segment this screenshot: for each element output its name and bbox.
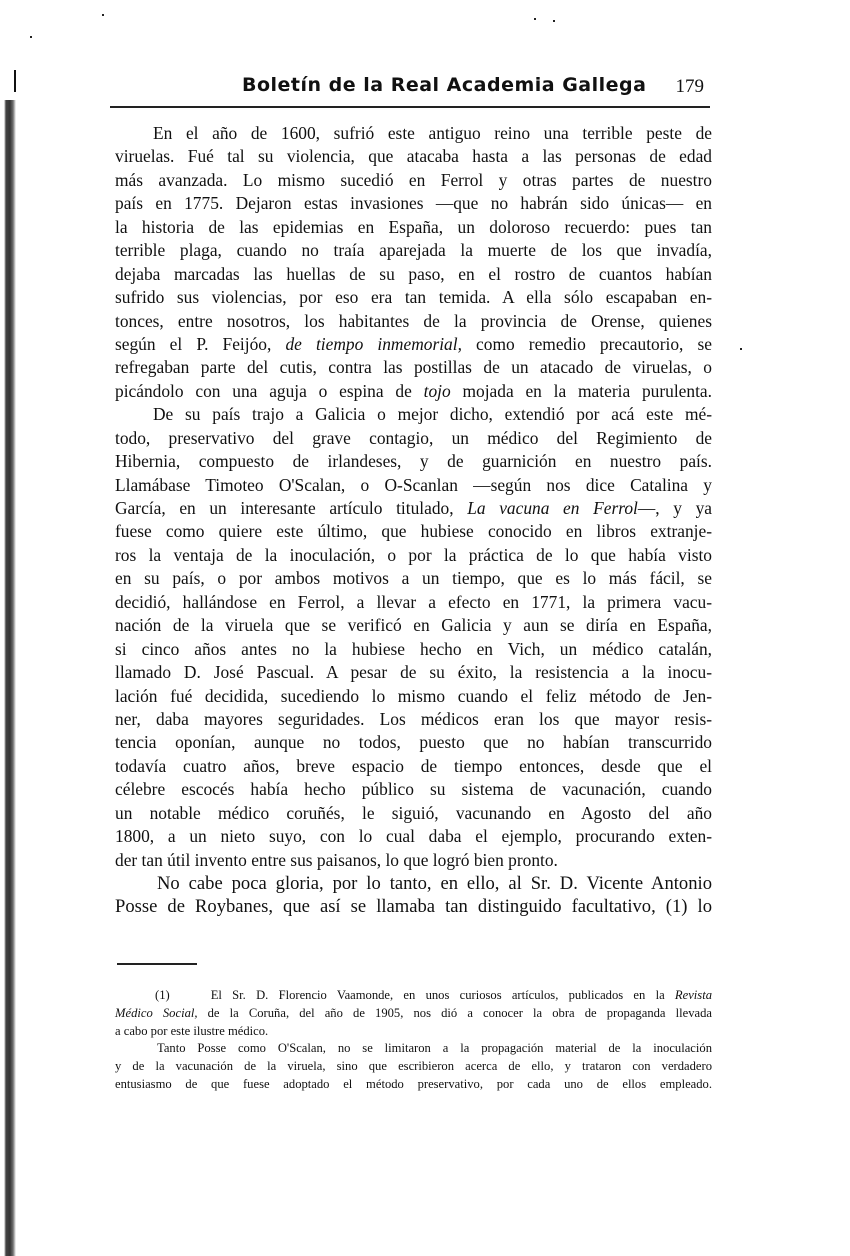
scan-speck [102, 14, 104, 16]
text-line: en su país, o por ambos motivos a un tie… [115, 567, 712, 590]
text-line: más avanzada. Lo mismo sucedió en Ferrol… [115, 169, 712, 192]
text-line: célebre escocés había hecho público su s… [115, 778, 712, 801]
text-line: refregaban parte del cutis, contra las p… [115, 356, 712, 379]
text-line: terrible plaga, cuando no traía aparejad… [115, 239, 712, 262]
text-line: la historia de las epidemias en España, … [115, 216, 712, 239]
text-line: tencia oponían, aunque no todos, puesto … [115, 731, 712, 754]
text-line: nación de la viruela que se verificó en … [115, 614, 712, 637]
text-line: dejaba marcadas las huellas de su paso, … [115, 263, 712, 286]
text-line: No cabe poca gloria, por lo tanto, en el… [115, 872, 712, 895]
footnote-line: (1) El Sr. D. Florencio Vaamonde, en uno… [115, 987, 712, 1005]
footnote-rule [117, 963, 197, 965]
text-line: De su país trajo a Galicia o mejor dicho… [115, 403, 712, 426]
text-line: decidió, hallándose en Ferrol, a llevar … [115, 591, 712, 614]
text-run: según el P. Feijóo, [115, 334, 285, 354]
text-line: Llamábase Timoteo O'Scalan, o O-Scanlan … [115, 474, 712, 497]
text-line: ros la ventaja de la inoculación, o por … [115, 544, 712, 567]
text-line: fuese como quiere este último, que hubie… [115, 520, 712, 543]
paragraph-1: En el año de 1600, sufrió este antiguo r… [115, 122, 712, 403]
journal-title: Boletín de la Real Academia Gallega [242, 74, 646, 96]
scan-speck [740, 348, 742, 350]
header-rule [110, 106, 710, 108]
text-run: de la Coruña, del año de 1905, nos dió a… [198, 1006, 712, 1020]
text-line: todavía cuatro años, breve espacio de ti… [115, 755, 712, 778]
page-binding-mark [14, 70, 16, 92]
text-line: Posse de Roybanes, que así se llamaba ta… [115, 895, 712, 918]
text-line: ner, daba mayores seguridades. Los médic… [115, 708, 712, 731]
footnote-marker: (1) [155, 988, 170, 1002]
text-line: un notable médico coruñés, le siguió, va… [115, 802, 712, 825]
page-number: 179 [676, 76, 705, 98]
text-line: 1800, a un nieto suyo, con lo cual daba … [115, 825, 712, 848]
text-line: tonces, entre nosotros, los habitantes d… [115, 310, 712, 333]
text-line: sufrido sus violencias, por eso era tan … [115, 286, 712, 309]
italic-word: tojo [424, 381, 451, 401]
page-binding-shadow [0, 100, 16, 1256]
text-run: como remedio precautorio, se [462, 334, 712, 354]
italic-journal: Revista [675, 988, 712, 1002]
text-run: picándolo con una aguja o espina de [115, 381, 424, 401]
text-line: según el P. Feijóo, de tiempo inmemorial… [115, 333, 712, 356]
text-run: —, y ya [638, 498, 712, 518]
text-line: todo, preservativo del grave contagio, u… [115, 427, 712, 450]
text-line: Hibernia, compuesto de irlandeses, y de … [115, 450, 712, 473]
text-line: García, en un interesante artículo titul… [115, 497, 712, 520]
text-run: mojada en la materia purulenta. [451, 381, 712, 401]
text-line: si cinco años antes no la hubiese hecho … [115, 638, 712, 661]
italic-title: La vacuna en Ferrol [467, 498, 638, 518]
running-header: Boletín de la Real Academia Gallega 179 [110, 74, 710, 102]
text-line: En el año de 1600, sufrió este antiguo r… [115, 122, 712, 145]
text-line: der tan útil invento entre sus paisanos,… [115, 849, 712, 872]
paragraph-2: De su país trajo a Galicia o mejor dicho… [115, 403, 712, 872]
scan-speck [553, 20, 555, 22]
footnote-line: Médico Social, de la Coruña, del año de … [115, 1005, 712, 1023]
scan-speck [534, 18, 536, 20]
text-line: viruelas. Fué tal su violencia, que atac… [115, 145, 712, 168]
footnote-line: y de la vacunación de la viruela, sino q… [115, 1058, 712, 1076]
footnote-line: a cabo por este ilustre médico. [115, 1023, 712, 1041]
italic-journal: Médico Social, [115, 1006, 198, 1020]
text-line: picándolo con una aguja o espina de tojo… [115, 380, 712, 403]
text-line: llamado D. José Pascual. A pesar de su é… [115, 661, 712, 684]
text-run: El Sr. D. Florencio Vaamonde, en unos cu… [211, 988, 675, 1002]
italic-phrase: de tiempo inmemorial, [285, 334, 462, 354]
footnotes: (1) El Sr. D. Florencio Vaamonde, en uno… [115, 987, 712, 1094]
scan-speck [30, 36, 32, 38]
text-line: país en 1775. Dejaron estas invasiones —… [115, 192, 712, 215]
text-line: lación fué decidida, sucediendo lo mismo… [115, 685, 712, 708]
footnote-line: Tanto Posse como O'Scalan, no se limitar… [115, 1040, 712, 1058]
body-text: En el año de 1600, sufrió este antiguo r… [115, 122, 712, 919]
footnote-line: entusiasmo de que fuese adoptado el méto… [115, 1076, 712, 1094]
text-run: García, en un interesante artículo titul… [115, 498, 467, 518]
paragraph-3: No cabe poca gloria, por lo tanto, en el… [115, 872, 712, 919]
